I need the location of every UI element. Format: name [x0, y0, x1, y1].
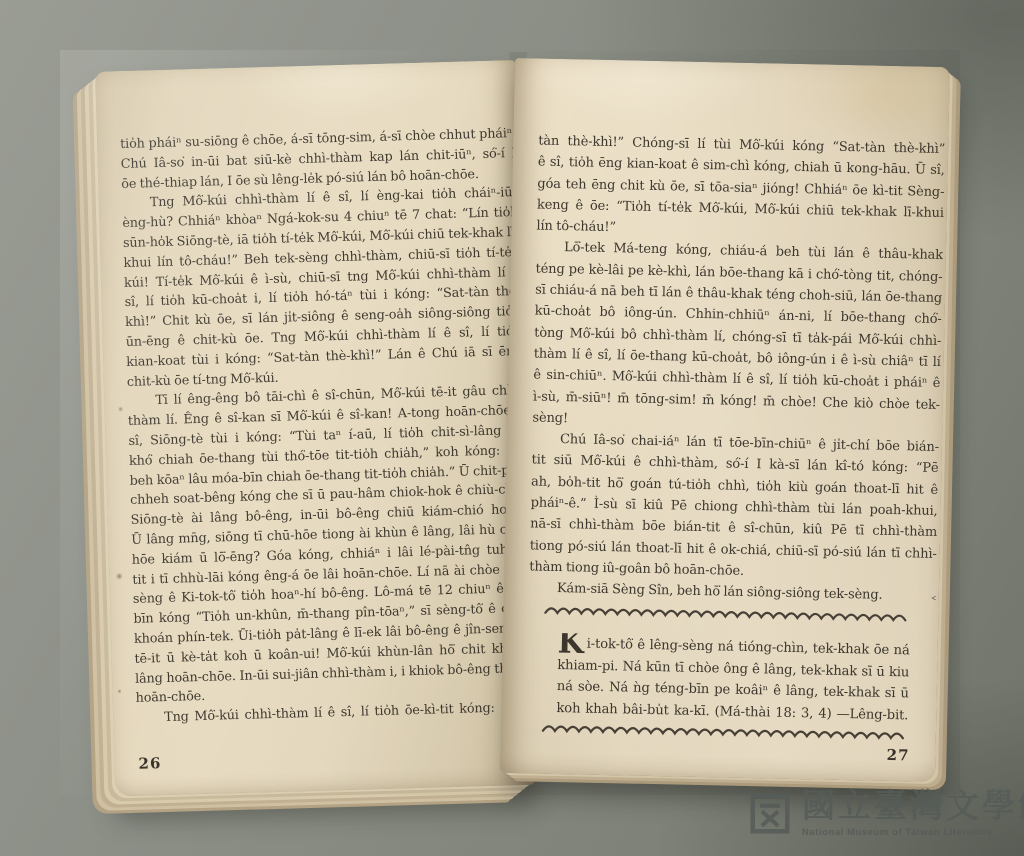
- nmtl-logo-icon: [750, 794, 790, 834]
- watermark-text: 國立臺灣文學館 National Museum of Taiwan Litera…: [802, 786, 1024, 838]
- wavy-divider-top: [543, 605, 911, 625]
- triangle-mark-icon: ◁: [903, 586, 936, 607]
- quote-text: i-tok-tô͘ ê lêng-sèng ná tióng-chìn, tek…: [587, 637, 910, 659]
- closing-text: Kám-siā Sèng Sîn, beh hō͘ lán siông-siôn…: [557, 581, 883, 603]
- left-page-number: 26: [138, 754, 161, 773]
- right-page-text: tàn thè-khì!” Chóng-sī lí tùi Mô͘-kúi kó…: [529, 131, 946, 608]
- watermark-title-en: National Museum of Taiwan Literature: [802, 827, 1024, 838]
- museum-watermark: 國立臺灣文學館 National Museum of Taiwan Litera…: [750, 786, 1024, 838]
- left-page-text: tio̍h pháiⁿ su-siōng ê chōe, á-sī tōng-s…: [120, 124, 532, 729]
- open-book: tio̍h pháiⁿ su-siōng ê chōe, á-sī tōng-s…: [0, 0, 1024, 856]
- left-page: tio̍h pháiⁿ su-siōng ê chōe, á-sī tōng-s…: [95, 60, 535, 796]
- right-page: tàn thè-khì!” Chóng-sī lí tùi Mô͘-kúi kó…: [500, 58, 950, 782]
- right-page-number: 27: [886, 746, 909, 764]
- wavy-divider-bottom: [541, 723, 909, 743]
- watermark-title-zh: 國立臺灣文學館: [802, 786, 1024, 826]
- photo-open-book: tio̍h pháiⁿ su-siōng ê chōe, á-sī tōng-s…: [0, 0, 1024, 856]
- ornamental-initial: K: [558, 636, 584, 651]
- scripture-quote-block: Ki-tok-tô͘ ê lêng-sèng ná tióng-chìn, te…: [556, 633, 910, 726]
